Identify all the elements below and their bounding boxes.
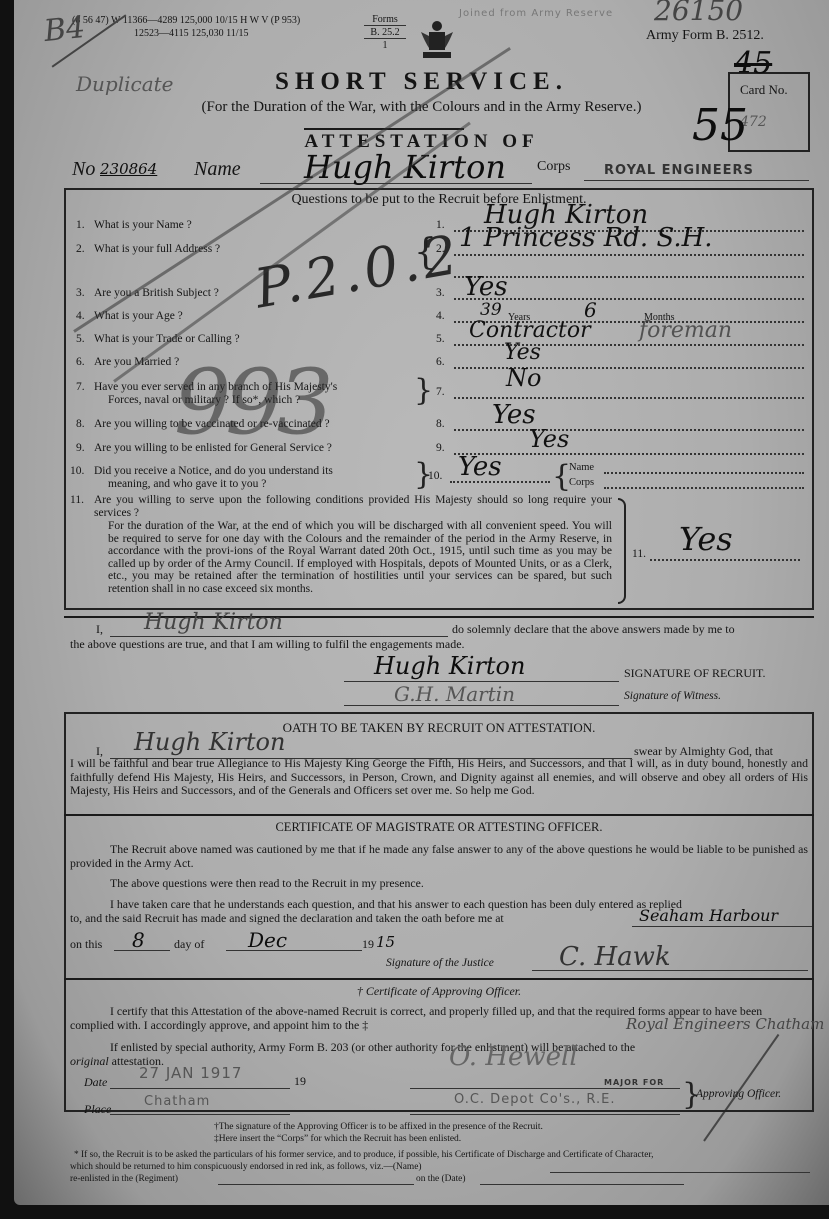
place-line bbox=[110, 1114, 290, 1115]
notice-name-label: Name bbox=[569, 462, 594, 473]
answer-line bbox=[604, 472, 804, 474]
answer-number: 7. bbox=[436, 386, 445, 398]
print-codes-line2: 12523—4115 125,030 11/15 bbox=[134, 28, 249, 39]
answer-number: 4. bbox=[436, 310, 445, 322]
attestation-form: (8 56 47) W 11366—4289 125,000 10/15 H W… bbox=[14, 0, 829, 1205]
answer-line bbox=[454, 254, 804, 256]
footnote-line: on the (Date) bbox=[416, 1174, 465, 1184]
answer-age-years: 39 bbox=[480, 300, 502, 320]
attestation-year: 15 bbox=[376, 933, 395, 951]
place-stamp: Chatham bbox=[144, 1094, 210, 1109]
justice-label: Signature of the Justice bbox=[386, 957, 494, 969]
footnote-name-line bbox=[550, 1172, 810, 1173]
question-number: 9. bbox=[76, 442, 85, 454]
date-year-prefix: 19 bbox=[294, 1074, 306, 1089]
answer-number: 10. bbox=[428, 470, 442, 482]
special-authority: If enlisted by special authority, Army F… bbox=[70, 1040, 808, 1054]
question-number: 8. bbox=[76, 418, 85, 430]
attestation-month: Dec bbox=[248, 928, 287, 952]
print-codes-line1: (8 56 47) W 11366—4289 125,000 10/15 H W… bbox=[72, 15, 300, 26]
royal-coat-of-arms-icon bbox=[419, 18, 455, 62]
question-text: Are you willing to serve upon the follow… bbox=[94, 494, 612, 520]
corps-label: Corps bbox=[537, 159, 570, 175]
question-text: What is your Age ? bbox=[94, 310, 183, 322]
footnote-date-line bbox=[480, 1184, 684, 1185]
declaration-text: the above questions are true, and that I… bbox=[70, 637, 465, 652]
brace bbox=[618, 498, 626, 604]
declaration-i: I, bbox=[96, 622, 103, 637]
forms-label: Forms bbox=[364, 14, 406, 26]
declaration-name: Hugh Kirton bbox=[144, 610, 283, 635]
answer-address: 1 Princess Rd. S.H. bbox=[459, 223, 713, 253]
day-of-label: day of bbox=[174, 937, 204, 952]
section-divider bbox=[64, 814, 814, 816]
section-divider bbox=[64, 978, 814, 980]
oath-body: I will be faithful and bear true Allegia… bbox=[70, 757, 808, 798]
oath-name: Hugh Kirton bbox=[134, 728, 285, 756]
answer-line bbox=[454, 397, 804, 399]
original-italic: original bbox=[70, 1054, 109, 1068]
on-this-label: on this bbox=[70, 937, 102, 952]
question-number: 2. bbox=[76, 243, 85, 255]
note-dagger: †The signature of the Approving Officer … bbox=[214, 1122, 543, 1132]
officer-signature: O. Hewell bbox=[449, 1042, 578, 1072]
approving-title: † Certificate of Approving Officer. bbox=[64, 984, 814, 999]
attestation-place: Seaham Harbour bbox=[639, 906, 778, 925]
answer-notice: Yes bbox=[458, 452, 502, 482]
appointed-corps: Royal Engineers Chatham bbox=[626, 1015, 824, 1033]
questions-header: Questions to be put to the Recruit befor… bbox=[64, 192, 814, 208]
question-number: 1. bbox=[76, 219, 85, 231]
month-line bbox=[226, 950, 362, 951]
date-line bbox=[110, 1088, 290, 1089]
question-number: 6. bbox=[76, 356, 85, 368]
question-number: 10. bbox=[70, 465, 84, 477]
magistrate-read: The above questions were then read to th… bbox=[110, 876, 810, 890]
service-conditions: For the duration of the War, at the end … bbox=[108, 520, 612, 596]
date-label: Date bbox=[84, 1075, 107, 1090]
form-title: SHORT SERVICE. bbox=[14, 68, 829, 96]
question-text: meaning, and who gave it to you ? bbox=[108, 478, 266, 490]
brace: } bbox=[414, 376, 433, 406]
army-form-number: Army Form B. 2512. bbox=[646, 28, 764, 44]
justice-signature: C. Hawk bbox=[559, 942, 671, 972]
answer-number: 8. bbox=[436, 418, 445, 430]
answer-number: 6. bbox=[436, 356, 445, 368]
recruit-signature: Hugh Kirton bbox=[374, 652, 525, 680]
footnote-line: * If so, the Recruit is to be asked the … bbox=[74, 1150, 653, 1160]
name-label: Name bbox=[194, 158, 241, 181]
recruit-signature-label: SIGNATURE OF RECRUIT. bbox=[624, 666, 765, 681]
answer-line bbox=[650, 559, 800, 561]
officer-signature-line bbox=[410, 1088, 680, 1089]
magistrate-title: CERTIFICATE OF MAGISTRATE OR ATTESTING O… bbox=[64, 820, 814, 835]
answer-line bbox=[454, 453, 804, 455]
question-text: Are you a British Subject ? bbox=[94, 287, 219, 299]
witness-signature-label: Signature of Witness. bbox=[624, 690, 721, 702]
corps-stamp: ROYAL ENGINEERS bbox=[604, 163, 754, 178]
forms-number: B. 25.2 bbox=[364, 27, 406, 39]
question-text: What is your Name ? bbox=[94, 219, 192, 231]
attestation-day: 8 bbox=[132, 928, 145, 952]
pencil-overwrite-mark-2: 993 bbox=[174, 350, 328, 455]
answer-served: No bbox=[506, 364, 541, 392]
trade-annotation: foreman bbox=[639, 318, 732, 343]
footnote-line: which should be returned to him conspicu… bbox=[70, 1162, 422, 1172]
witness-signature: G.H. Martin bbox=[394, 682, 515, 706]
top-pencil-number: 26150 bbox=[654, 0, 743, 27]
notice-corps-label: Corps bbox=[569, 477, 594, 488]
answer-general-service: Yes bbox=[529, 425, 569, 453]
magistrate-caution: The Recruit above named was cautioned by… bbox=[70, 842, 808, 871]
question-number: 7. bbox=[76, 381, 85, 393]
answer-number: 9. bbox=[436, 442, 445, 454]
footnote-line: re-enlisted in the (Regiment) bbox=[70, 1174, 178, 1184]
no-label: No bbox=[72, 158, 95, 181]
footnote-regiment-line bbox=[218, 1184, 414, 1185]
question-number: 11. bbox=[70, 494, 84, 506]
place-line bbox=[632, 926, 812, 927]
regimental-number: 230864 bbox=[100, 160, 157, 178]
answer-number: 5. bbox=[436, 333, 445, 345]
note-double-dagger: ‡Here insert the “Corps” for which the R… bbox=[214, 1134, 461, 1144]
question-number: 4. bbox=[76, 310, 85, 322]
margin-mark: B4 bbox=[42, 10, 87, 49]
magistrate-understands: I have taken care that he understands ea… bbox=[70, 897, 690, 926]
year-prefix: 19 bbox=[362, 937, 374, 952]
answer-line bbox=[604, 487, 804, 489]
question-number: 3. bbox=[76, 287, 85, 299]
date-stamp: 27 JAN 1917 bbox=[139, 1064, 242, 1082]
corps-field-line bbox=[584, 180, 809, 181]
officer-rank-stamp: MAJOR FOR bbox=[604, 1078, 664, 1087]
answer-number: 11. bbox=[632, 548, 646, 560]
answer-british-subject: Yes bbox=[464, 272, 508, 302]
place-label: Place bbox=[84, 1102, 111, 1117]
answer-married: Yes bbox=[504, 340, 541, 365]
question-text: Did you receive a Notice, and do you und… bbox=[94, 465, 333, 477]
faint-stamp: Joined from Army Reserve bbox=[459, 8, 613, 19]
question-number: 5. bbox=[76, 333, 85, 345]
officer-unit-stamp: O.C. Depot Co's., R.E. bbox=[454, 1092, 615, 1107]
officer-second-line bbox=[410, 1114, 680, 1115]
declaration-text: do solemnly declare that the above answe… bbox=[452, 622, 735, 637]
answer-conditions: Yes bbox=[679, 520, 733, 558]
forms-sub: 1 bbox=[364, 40, 406, 51]
